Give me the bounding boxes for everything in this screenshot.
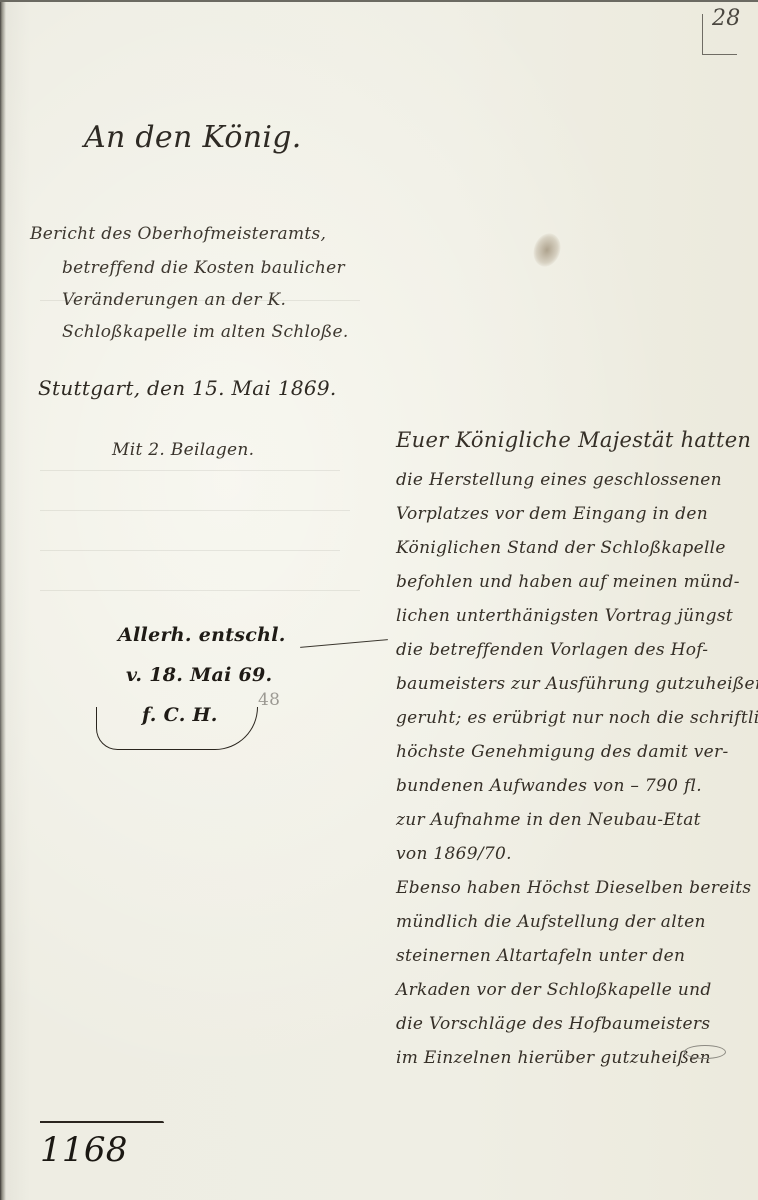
pencil-note: 48 <box>258 690 280 710</box>
body-line: baumeisters zur Ausführung gutzuheißen <box>396 674 758 694</box>
addressee-heading: An den König. <box>84 120 302 155</box>
body-line: befohlen und haben auf meinen münd- <box>396 572 740 592</box>
body-line: mündlich die Aufstellung der alten <box>396 912 706 932</box>
body-line: im Einzelnen hierüber gutzuheißen <box>396 1048 711 1068</box>
bleed-through-line <box>40 550 340 551</box>
body-line: Vorplatzes vor dem Eingang in den <box>396 504 708 524</box>
body-line: geruht; es erübrigt nur noch die schrift… <box>396 708 758 728</box>
subject-line: Schloßkapelle im alten Schloße. <box>62 322 349 342</box>
resolution-flourish <box>96 707 258 750</box>
body-line: von 1869/70. <box>396 844 512 864</box>
body-line: bundenen Aufwandes von – 790 fl. <box>396 776 702 796</box>
bleed-through-line <box>40 590 360 591</box>
body-line: die Herstellung eines geschlossenen <box>396 470 722 490</box>
resolution-underline <box>300 639 388 648</box>
enclosures-note: Mit 2. Beilagen. <box>112 440 254 460</box>
bleed-through-line <box>40 470 340 471</box>
page-top-edge <box>0 0 758 2</box>
body-line: Königlichen Stand der Schloßkapelle <box>396 538 726 558</box>
subject-line: Veränderungen an der K. <box>62 290 286 310</box>
bleed-through-line <box>40 510 350 511</box>
body-line: Arkaden vor der Schloßkapelle und <box>396 980 712 1000</box>
body-line: die Vorschläge des Hofbaumeisters <box>396 1014 710 1034</box>
body-line: lichen unterthänigsten Vortrag jüngst <box>396 606 733 626</box>
date-line: Stuttgart, den 15. Mai 1869. <box>38 376 337 400</box>
archive-number: 1168 <box>40 1130 128 1170</box>
body-line: die betreffenden Vorlagen des Hof- <box>396 640 708 660</box>
page-number: 28 <box>712 6 741 31</box>
resolution-line: v. 18. Mai 69. <box>126 664 272 686</box>
body-line: steinernen Altartafeln unter den <box>396 946 685 966</box>
resolution-line: Allerh. entschl. <box>118 624 286 646</box>
subject-line: Bericht des Oberhofmeisteramts, <box>30 224 326 244</box>
body-line: zur Aufnahme in den Neubau-Etat <box>396 810 701 830</box>
body-line: Ebenso haben Höchst Dieselben bereits <box>396 878 751 898</box>
document-page: 28 An den König. Bericht des Oberhofmeis… <box>0 0 758 1200</box>
ink-stain <box>529 230 565 271</box>
catchword-flourish <box>684 1045 726 1059</box>
body-line: höchste Genehmigung des damit ver- <box>396 742 729 762</box>
body-line: Euer Königliche Majestät hatten <box>396 428 751 452</box>
archive-number-underline <box>40 1121 164 1123</box>
subject-line: betreffend die Kosten baulicher <box>62 258 345 278</box>
